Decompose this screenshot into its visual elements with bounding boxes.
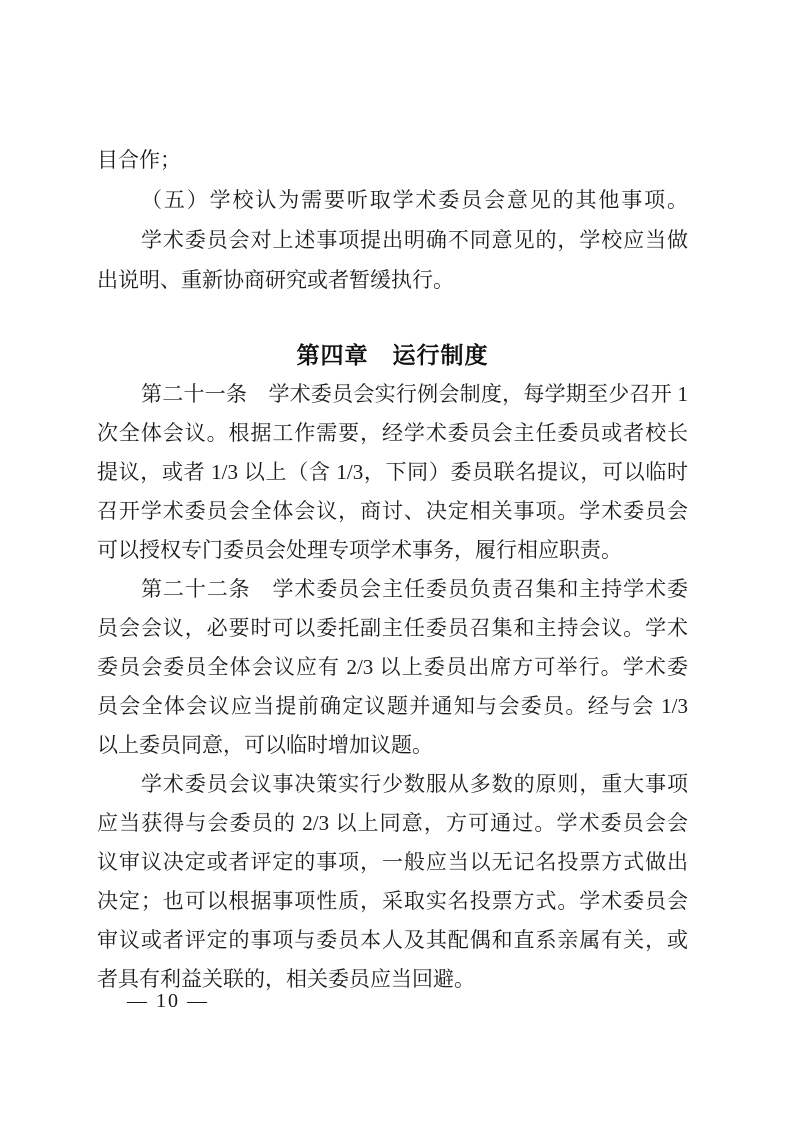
text-line: 以上委员同意，可以临时增加议题。 (97, 726, 688, 765)
text-line: （五）学校认为需要听取学术委员会意见的其他事项。 (97, 180, 688, 220)
text-line: 员会全体会议应当提前确定议题并通知与会委员。经与会 1/3 (97, 687, 688, 726)
text-line: 提议，或者 1/3 以上（含 1/3，下同）委员联名提议，可以临时 (97, 453, 688, 492)
text-line: 审议或者评定的事项与委员本人及其配偶和直系亲属有关，或 (97, 921, 688, 960)
paragraph-block-top: 目合作； （五）学校认为需要听取学术委员会意见的其他事项。 学术委员会对上述事项… (97, 140, 688, 300)
text-line: 决定；也可以根据事项性质，采取实名投票方式。学术委员会 (97, 882, 688, 921)
text-line: 召开学术委员会全体会议，商讨、决定相关事项。学术委员会 (97, 492, 688, 531)
text-line: 议审议决定或者评定的事项，一般应当以无记名投票方式做出 (97, 843, 688, 882)
page-content: 目合作； （五）学校认为需要听取学术委员会意见的其他事项。 学术委员会对上述事项… (97, 140, 688, 999)
text-line: 出说明、重新协商研究或者暂缓执行。 (97, 260, 688, 300)
text-line: 目合作； (97, 140, 688, 180)
text-line: 第二十二条 学术委员会主任委员负责召集和主持学术委 (97, 570, 688, 609)
text-line: 可以授权专门委员会处理专项学术事务，履行相应职责。 (97, 531, 688, 570)
text-line: 学术委员会对上述事项提出明确不同意见的，学校应当做 (97, 220, 688, 260)
text-line: 委员会委员全体会议应有 2/3 以上委员出席方可举行。学术委 (97, 648, 688, 687)
text-line: 次全体会议。根据工作需要，经学术委员会主任委员或者校长 (97, 414, 688, 453)
text-line: 员会会议，必要时可以委托副主任委员召集和主持会议。学术 (97, 609, 688, 648)
chapter-heading: 第四章 运行制度 (97, 335, 688, 375)
text-line: 第二十一条 学术委员会实行例会制度，每学期至少召开 1 (97, 375, 688, 414)
text-line: 学术委员会议事决策实行少数服从多数的原则，重大事项 (97, 765, 688, 804)
text-line: 应当获得与会委员的 2/3 以上同意，方可通过。学术委员会会 (97, 804, 688, 843)
paragraph-block-main: 第二十一条 学术委员会实行例会制度，每学期至少召开 1 次全体会议。根据工作需要… (97, 375, 688, 999)
page-number: — 10 — (127, 988, 209, 1014)
document-page: 目合作； （五）学校认为需要听取学术委员会意见的其他事项。 学术委员会对上述事项… (0, 0, 794, 1123)
